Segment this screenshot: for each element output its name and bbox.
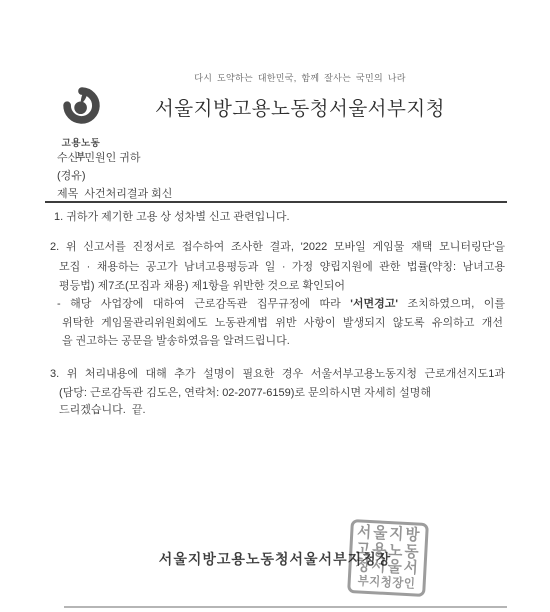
body-item2-line2: 모집 · 채용하는 공고가 남녀고용평등과 일 · 가정 양립지원에 관한 법률… [59,260,505,275]
subject-line: 제목 사건처리결과 회신 [57,187,172,202]
body-item3-line1: 3. 위 처리내용에 대해 추가 설명이 필요한 경우 서울서부고용노동지청 근… [50,367,505,382]
body-item2-line1: 2. 위 신고서를 진정서로 접수하여 조사한 결과, '2022 모바일 게임… [50,240,505,255]
body-item1: 1. 귀하가 제기한 고용 상 성차별 신고 관련입니다. [54,210,290,225]
header-divider-rule [45,201,507,203]
seal-text-row: 부지청장인 [357,573,416,592]
official-seal-stamp: 서울지방 고용노동 청서울서 부지청장인 [347,519,429,597]
sub-line1-prefix: - 해당 사업장에 대하여 근로감독관 집무규정에 따라 [57,298,350,310]
sub-line1-suffix: 조치하였으며, 이를 [398,298,505,310]
recipient-line: 수신 민원인 귀하 [57,151,141,166]
via-line: (경유) [57,169,86,184]
government-slogan: 다시 도약하는 대한민국, 함께 잘사는 국민의 나라 [50,71,550,84]
body-item2-line3: 평등법) 제7조(모집과 채용) 제1항을 위반한 것으로 확인되어 [59,279,345,294]
seal-text-row: 청서울서 [355,557,420,576]
body-sub-line3: 을 권고하는 공문을 발송하였음을 알려드립니다. [62,334,290,349]
body-sub-line1: - 해당 사업장에 대하여 근로감독관 집무규정에 따라 '서면경고' 조치하였… [57,297,505,312]
page-bottom-rule [64,606,507,608]
signer-title: 서울지방고용노동청서울서부지청장 [0,549,550,569]
issuing-office-title: 서울지방고용노동청서울서부지청 [50,93,550,121]
body-item3-line3: 드리겠습니다. 끝. [59,403,146,418]
body-item3-line2: (담당: 근로감독관 김도은, 연락처: 02-2077-6159)로 문의하시… [59,386,431,401]
body-sub-line2: 위탁한 게임물관리위원회에도 노동관계법 위반 사항이 발생되지 않도록 유의하… [62,316,503,331]
moel-taegeuk-logo-icon [59,115,104,132]
sub-line1-warning-bold: '서면경고' [350,298,398,310]
